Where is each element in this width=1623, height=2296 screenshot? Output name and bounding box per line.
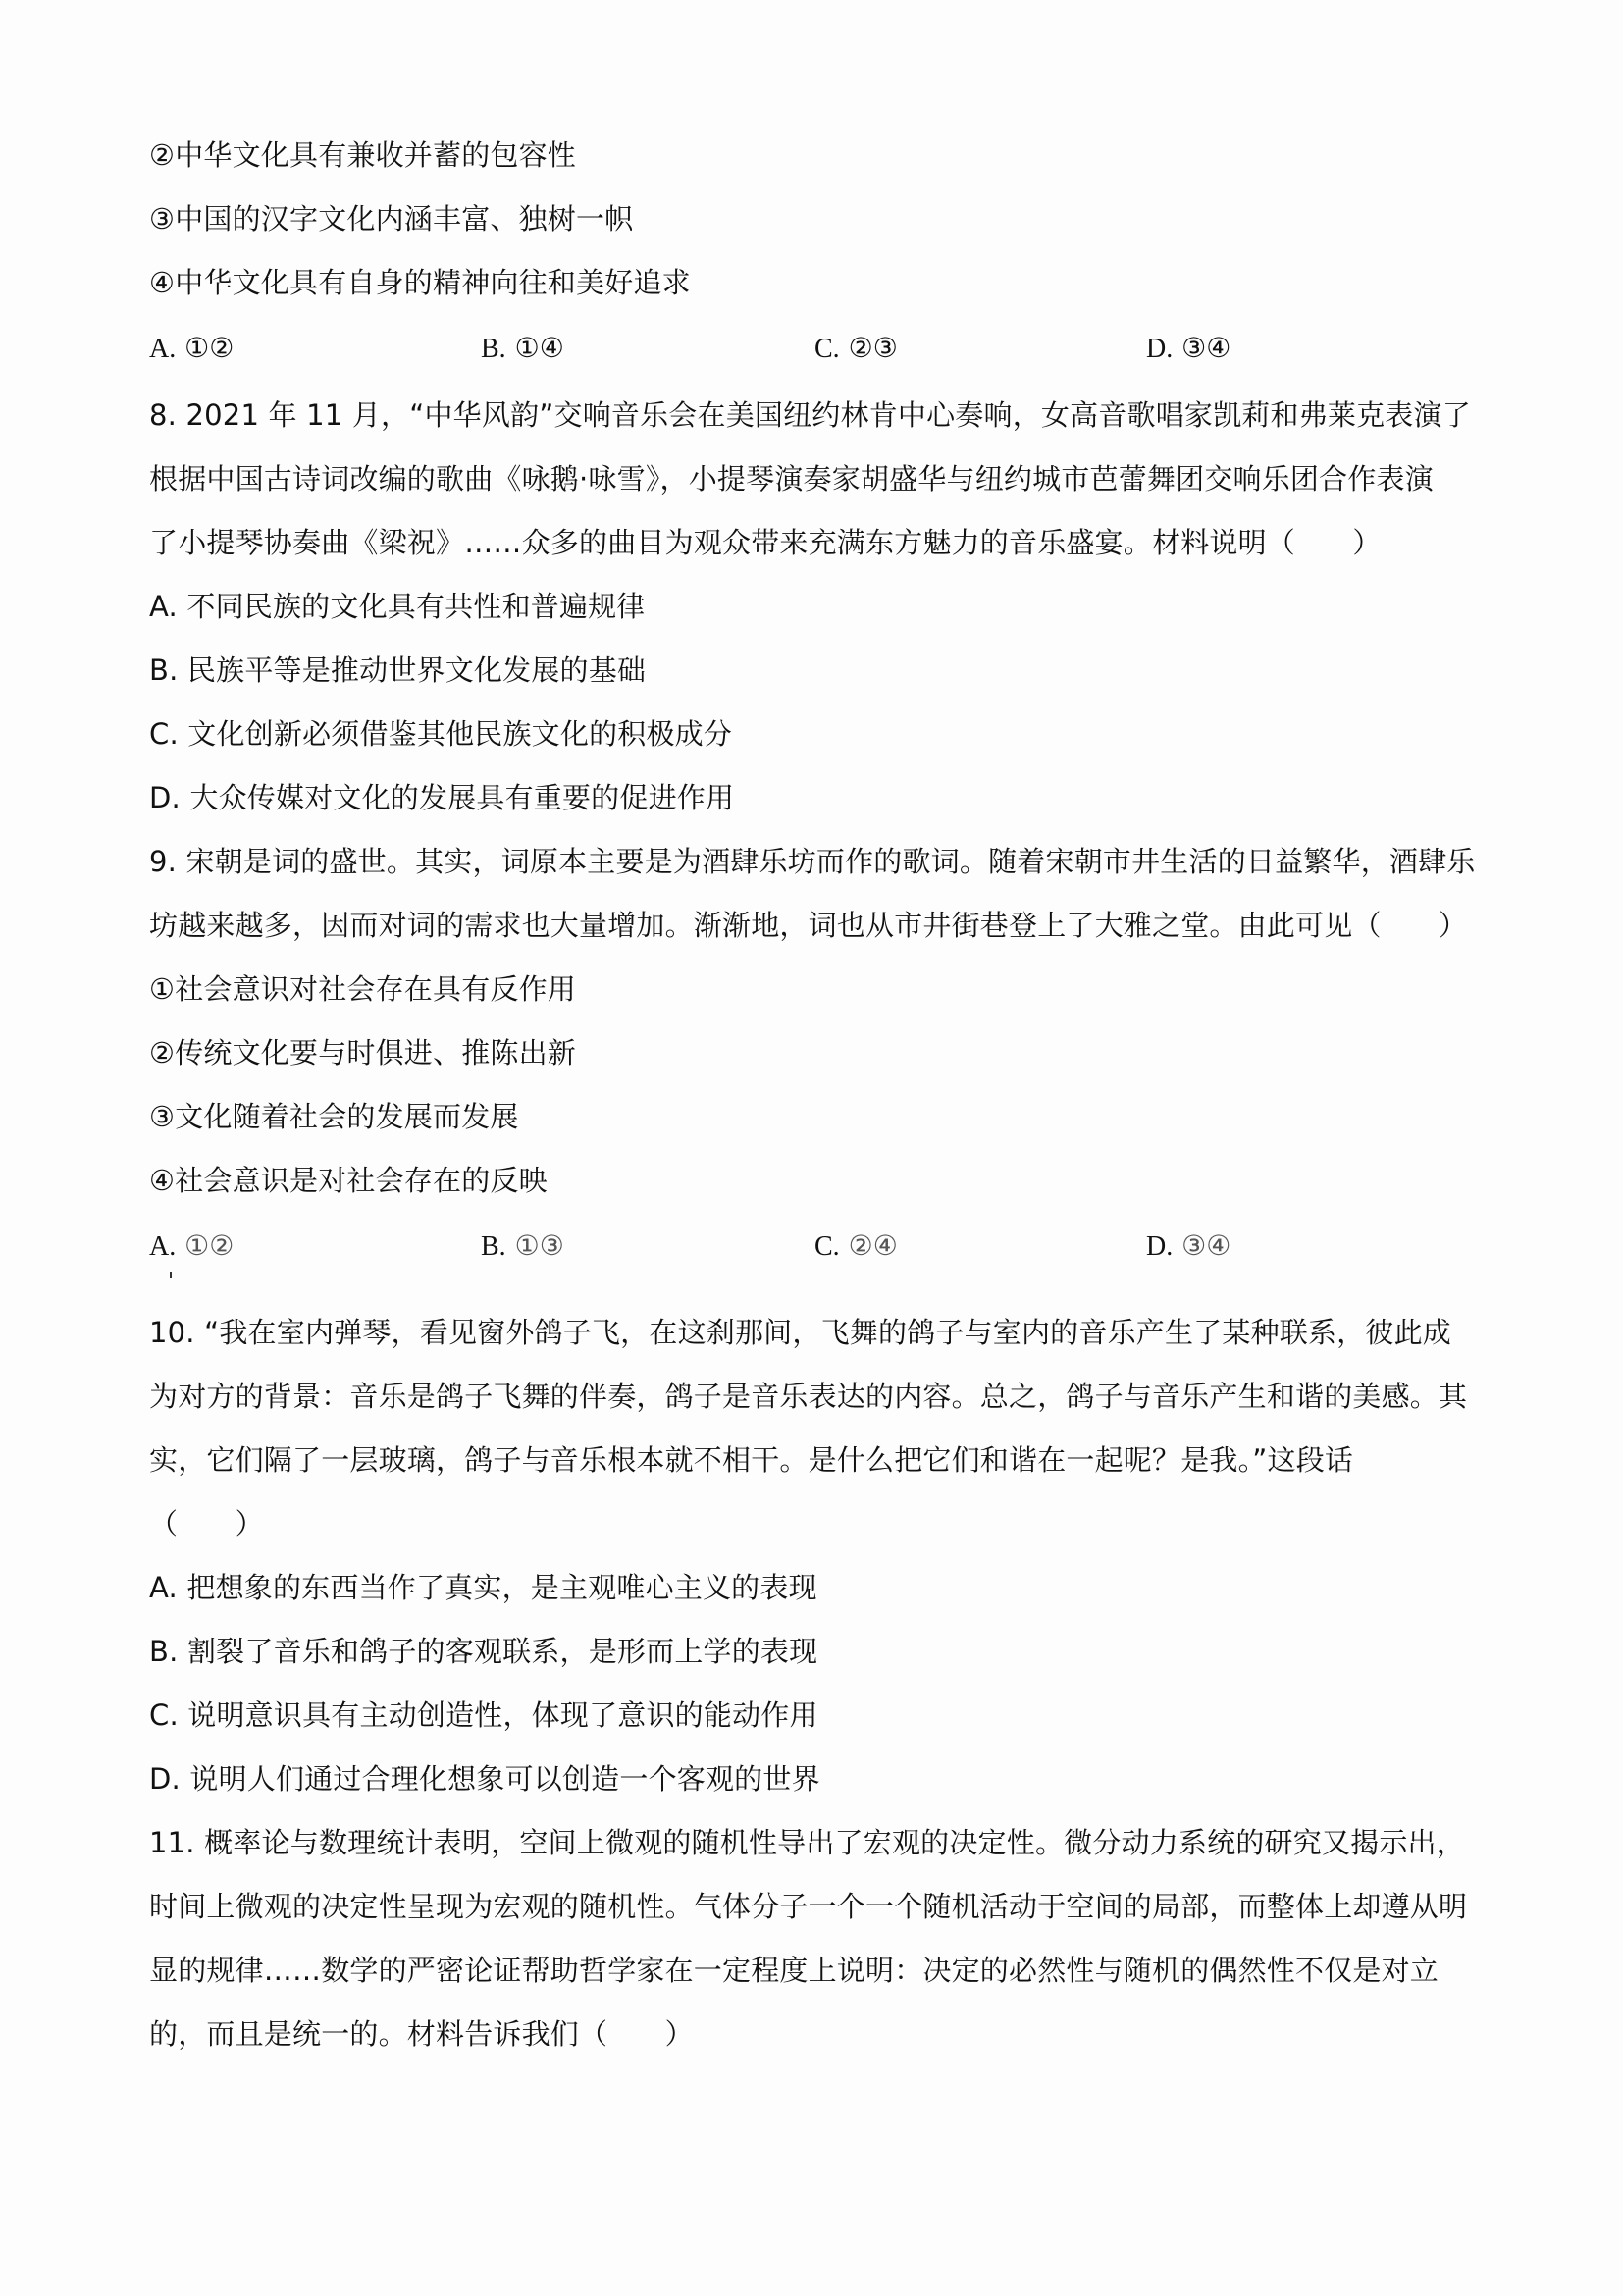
q10-stem-line-2: 为对方的背景：音乐是鸽子飞舞的伴奏，鸽子是音乐表达的内容。总之，鸽子与音乐产生和… — [149, 1377, 1467, 1416]
q10-option-c[interactable]: C. 说明意识具有主动创造性，体现了意识的能动作用 — [149, 1696, 818, 1735]
q8-stem-line-2: 根据中国古诗词改编的歌曲《咏鹅·咏雪》，小提琴演奏家胡盛华与纽约城市芭蕾舞团交响… — [149, 459, 1434, 498]
q11-stem-line-3: 显的规律……数学的严密论证帮助哲学家在一定程度上说明：决定的必然性与随机的偶然性… — [149, 1951, 1439, 1990]
q9-option-a[interactable]: A. ①② — [149, 1226, 234, 1267]
q8-option-c[interactable]: C. 文化创新必须借鉴其他民族文化的积极成分 — [149, 714, 732, 754]
q9-options: A. ①② B. ①③ C. ②④ D. ③④ — [149, 1226, 1327, 1266]
q11-stem-line-4: 的，而且是统一的。材料告诉我们（ ） — [149, 2014, 694, 2054]
exam-page: ②中华文化具有兼收并蓄的包容性 ③中国的汉字文化内涵丰富、独树一帜 ④中华文化具… — [0, 0, 1623, 2296]
q10-stem-line-1: 10. “我在室内弹琴，看见窗外鸽子飞，在这刹那间，飞舞的鸽子与室内的音乐产生了… — [149, 1313, 1451, 1352]
q9-option-d[interactable]: D. ③④ — [1146, 1226, 1230, 1267]
scan-artifact-dot — [170, 1272, 172, 1278]
q9-stem-line-1: 9. 宋朝是词的盛世。其实，词原本主要是为酒肆乐坊而作的歌词。随着宋朝市井生活的… — [149, 842, 1476, 881]
q10-option-d[interactable]: D. 说明人们通过合理化想象可以创造一个客观的世界 — [149, 1759, 820, 1799]
q7-item-3: ③中国的汉字文化内涵丰富、独树一帜 — [149, 199, 633, 238]
q10-stem-line-3: 实，它们隔了一层玻璃，鸽子与音乐根本就不相干。是什么把它们和谐在一起呢？是我。”… — [149, 1440, 1353, 1480]
q8-stem-line-1: 8. 2021 年 11 月，“中华风韵”交响音乐会在美国纽约林肯中心奏响，女高… — [149, 395, 1471, 435]
q9-stem-line-2: 坊越来越多，因而对词的需求也大量增加。渐渐地，词也从市井街巷登上了大雅之堂。由此… — [149, 906, 1467, 945]
q7-options: A. ①② B. ①④ C. ②③ D. ③④ — [149, 329, 1327, 368]
q10-option-b[interactable]: B. 割裂了音乐和鸽子的客观联系，是形而上学的表现 — [149, 1632, 817, 1671]
q9-item-1: ①社会意识对社会存在具有反作用 — [149, 969, 576, 1009]
q10-option-a[interactable]: A. 把想象的东西当作了真实，是主观唯心主义的表现 — [149, 1568, 817, 1607]
q7-item-2: ②中华文化具有兼收并蓄的包容性 — [149, 135, 576, 175]
q7-option-d[interactable]: D. ③④ — [1146, 329, 1230, 369]
q7-option-c[interactable]: C. ②③ — [814, 329, 898, 369]
q7-item-4: ④中华文化具有自身的精神向往和美好追求 — [149, 263, 691, 302]
q8-option-a[interactable]: A. 不同民族的文化具有共性和普遍规律 — [149, 587, 646, 626]
q11-stem-line-1: 11. 概率论与数理统计表明，空间上微观的随机性导出了宏观的决定性。微分动力系统… — [149, 1823, 1465, 1862]
q7-option-b[interactable]: B. ①④ — [481, 329, 564, 369]
q9-option-b[interactable]: B. ①③ — [481, 1226, 564, 1267]
q9-item-4: ④社会意识是对社会存在的反映 — [149, 1161, 548, 1200]
q8-stem-line-3: 了小提琴协奏曲《梁祝》……众多的曲目为观众带来充满东方魅力的音乐盛宴。材料说明（… — [149, 523, 1382, 562]
q9-option-c[interactable]: C. ②④ — [814, 1226, 898, 1267]
q11-stem-line-2: 时间上微观的决定性呈现为宏观的随机性。气体分子一个一个随机活动于空间的局部，而整… — [149, 1887, 1467, 1926]
q7-option-a[interactable]: A. ①② — [149, 329, 234, 369]
q9-item-3: ③文化随着社会的发展而发展 — [149, 1097, 519, 1136]
q8-option-b[interactable]: B. 民族平等是推动世界文化发展的基础 — [149, 651, 646, 690]
q9-item-2: ②传统文化要与时俱进、推陈出新 — [149, 1033, 576, 1072]
q8-option-d[interactable]: D. 大众传媒对文化的发展具有重要的促进作用 — [149, 778, 734, 817]
q10-answer-blank: （ ） — [149, 1504, 264, 1543]
